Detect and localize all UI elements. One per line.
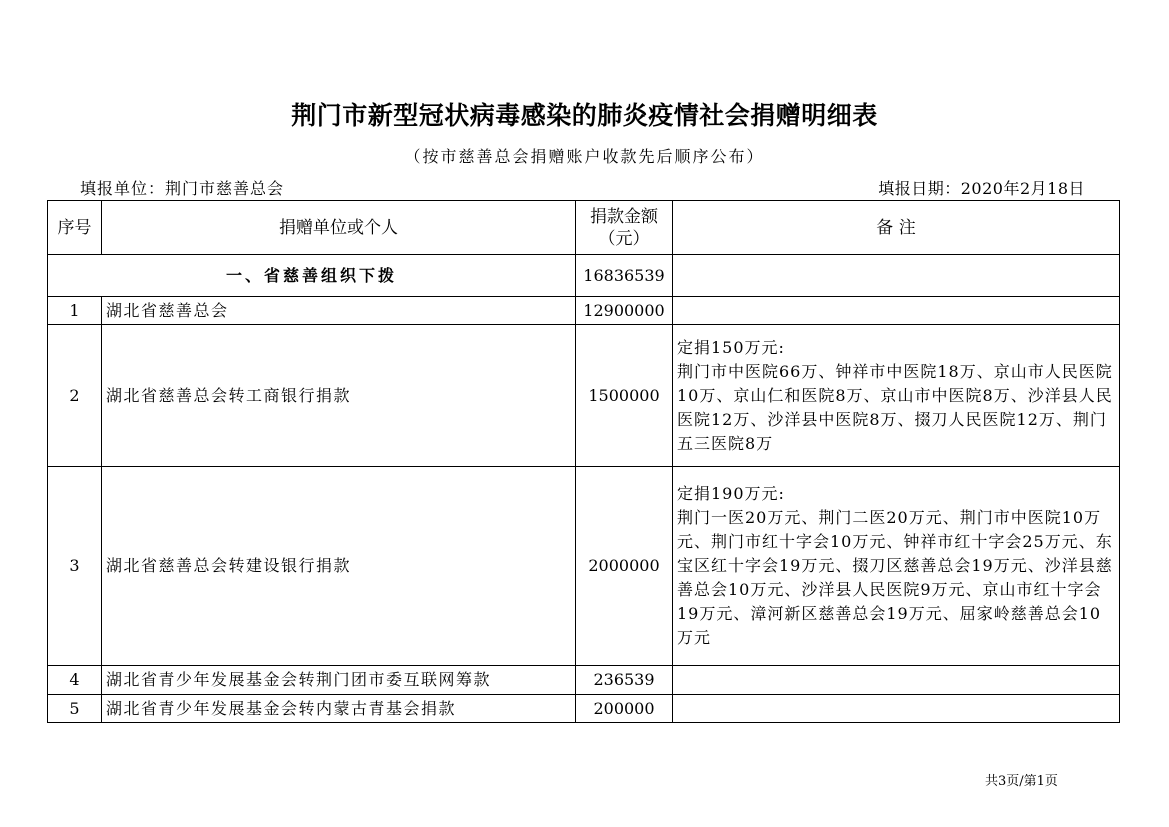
row-seq: 5 [48,695,102,723]
header-donor: 捐赠单位或个人 [102,201,576,255]
row-donor: 湖北省慈善总会 [102,297,576,325]
row-donor: 湖北省青少年发展基金会转荆门团市委互联网筹款 [102,666,576,695]
donation-table: 序号 捐赠单位或个人 捐款金额 （元） 备 注 一、省慈善组织下拨 168365… [47,200,1120,723]
header-amount-line1: 捐款金额 [580,206,668,228]
document-title: 荆门市新型冠状病毒感染的肺炎疫情社会捐赠明细表 [0,96,1169,132]
row-notes [673,695,1120,723]
row-amount: 200000 [576,695,673,723]
reporting-date: 填报日期：2020年2月18日 [878,176,1085,199]
section-row: 一、省慈善组织下拨 16836539 [48,255,1120,297]
row-notes: 定捐150万元: 荆门市中医院66万、钟祥市中医院18万、京山市人民医院10万、… [677,332,1115,460]
row-notes [673,297,1120,325]
row-donor: 湖北省青少年发展基金会转内蒙古青基会捐款 [102,695,576,723]
row-amount: 2000000 [576,467,673,666]
row-notes: 定捐190万元: 荆门一医20万元、荆门二医20万元、荆门市中医院10万元、荆门… [677,478,1115,654]
row-donor: 湖北省慈善总会转建设银行捐款 [102,467,576,666]
row-amount: 1500000 [576,325,673,467]
row-donor: 湖北省慈善总会转工商银行捐款 [102,325,576,467]
row-notes [673,666,1120,695]
table-row: 3 湖北省慈善总会转建设银行捐款 2000000 定捐190万元: 荆门一医20… [48,467,1120,666]
header-notes: 备 注 [673,201,1120,255]
section-amount: 16836539 [576,255,673,297]
section-label: 一、省慈善组织下拨 [48,255,576,297]
table-row: 2 湖北省慈善总会转工商银行捐款 1500000 定捐150万元: 荆门市中医院… [48,325,1120,467]
reporting-unit: 填报单位：荆门市慈善总会 [80,176,284,199]
header-seq: 序号 [48,201,102,255]
table-row: 4 湖北省青少年发展基金会转荆门团市委互联网筹款 236539 [48,666,1120,695]
row-amount: 236539 [576,666,673,695]
header-amount: 捐款金额 （元） [576,201,673,255]
row-seq: 1 [48,297,102,325]
row-seq: 4 [48,666,102,695]
row-seq: 3 [48,467,102,666]
row-seq: 2 [48,325,102,467]
header-amount-line2: （元） [580,228,668,250]
table-row: 5 湖北省青少年发展基金会转内蒙古青基会捐款 200000 [48,695,1120,723]
document-subtitle: （按市慈善总会捐赠账户收款先后顺序公布） [0,144,1169,167]
table-header-row: 序号 捐赠单位或个人 捐款金额 （元） 备 注 [48,201,1120,255]
page-indicator: 共3页/第1页 [985,770,1058,789]
row-amount: 12900000 [576,297,673,325]
table-row: 1 湖北省慈善总会 12900000 [48,297,1120,325]
section-notes [673,255,1120,297]
